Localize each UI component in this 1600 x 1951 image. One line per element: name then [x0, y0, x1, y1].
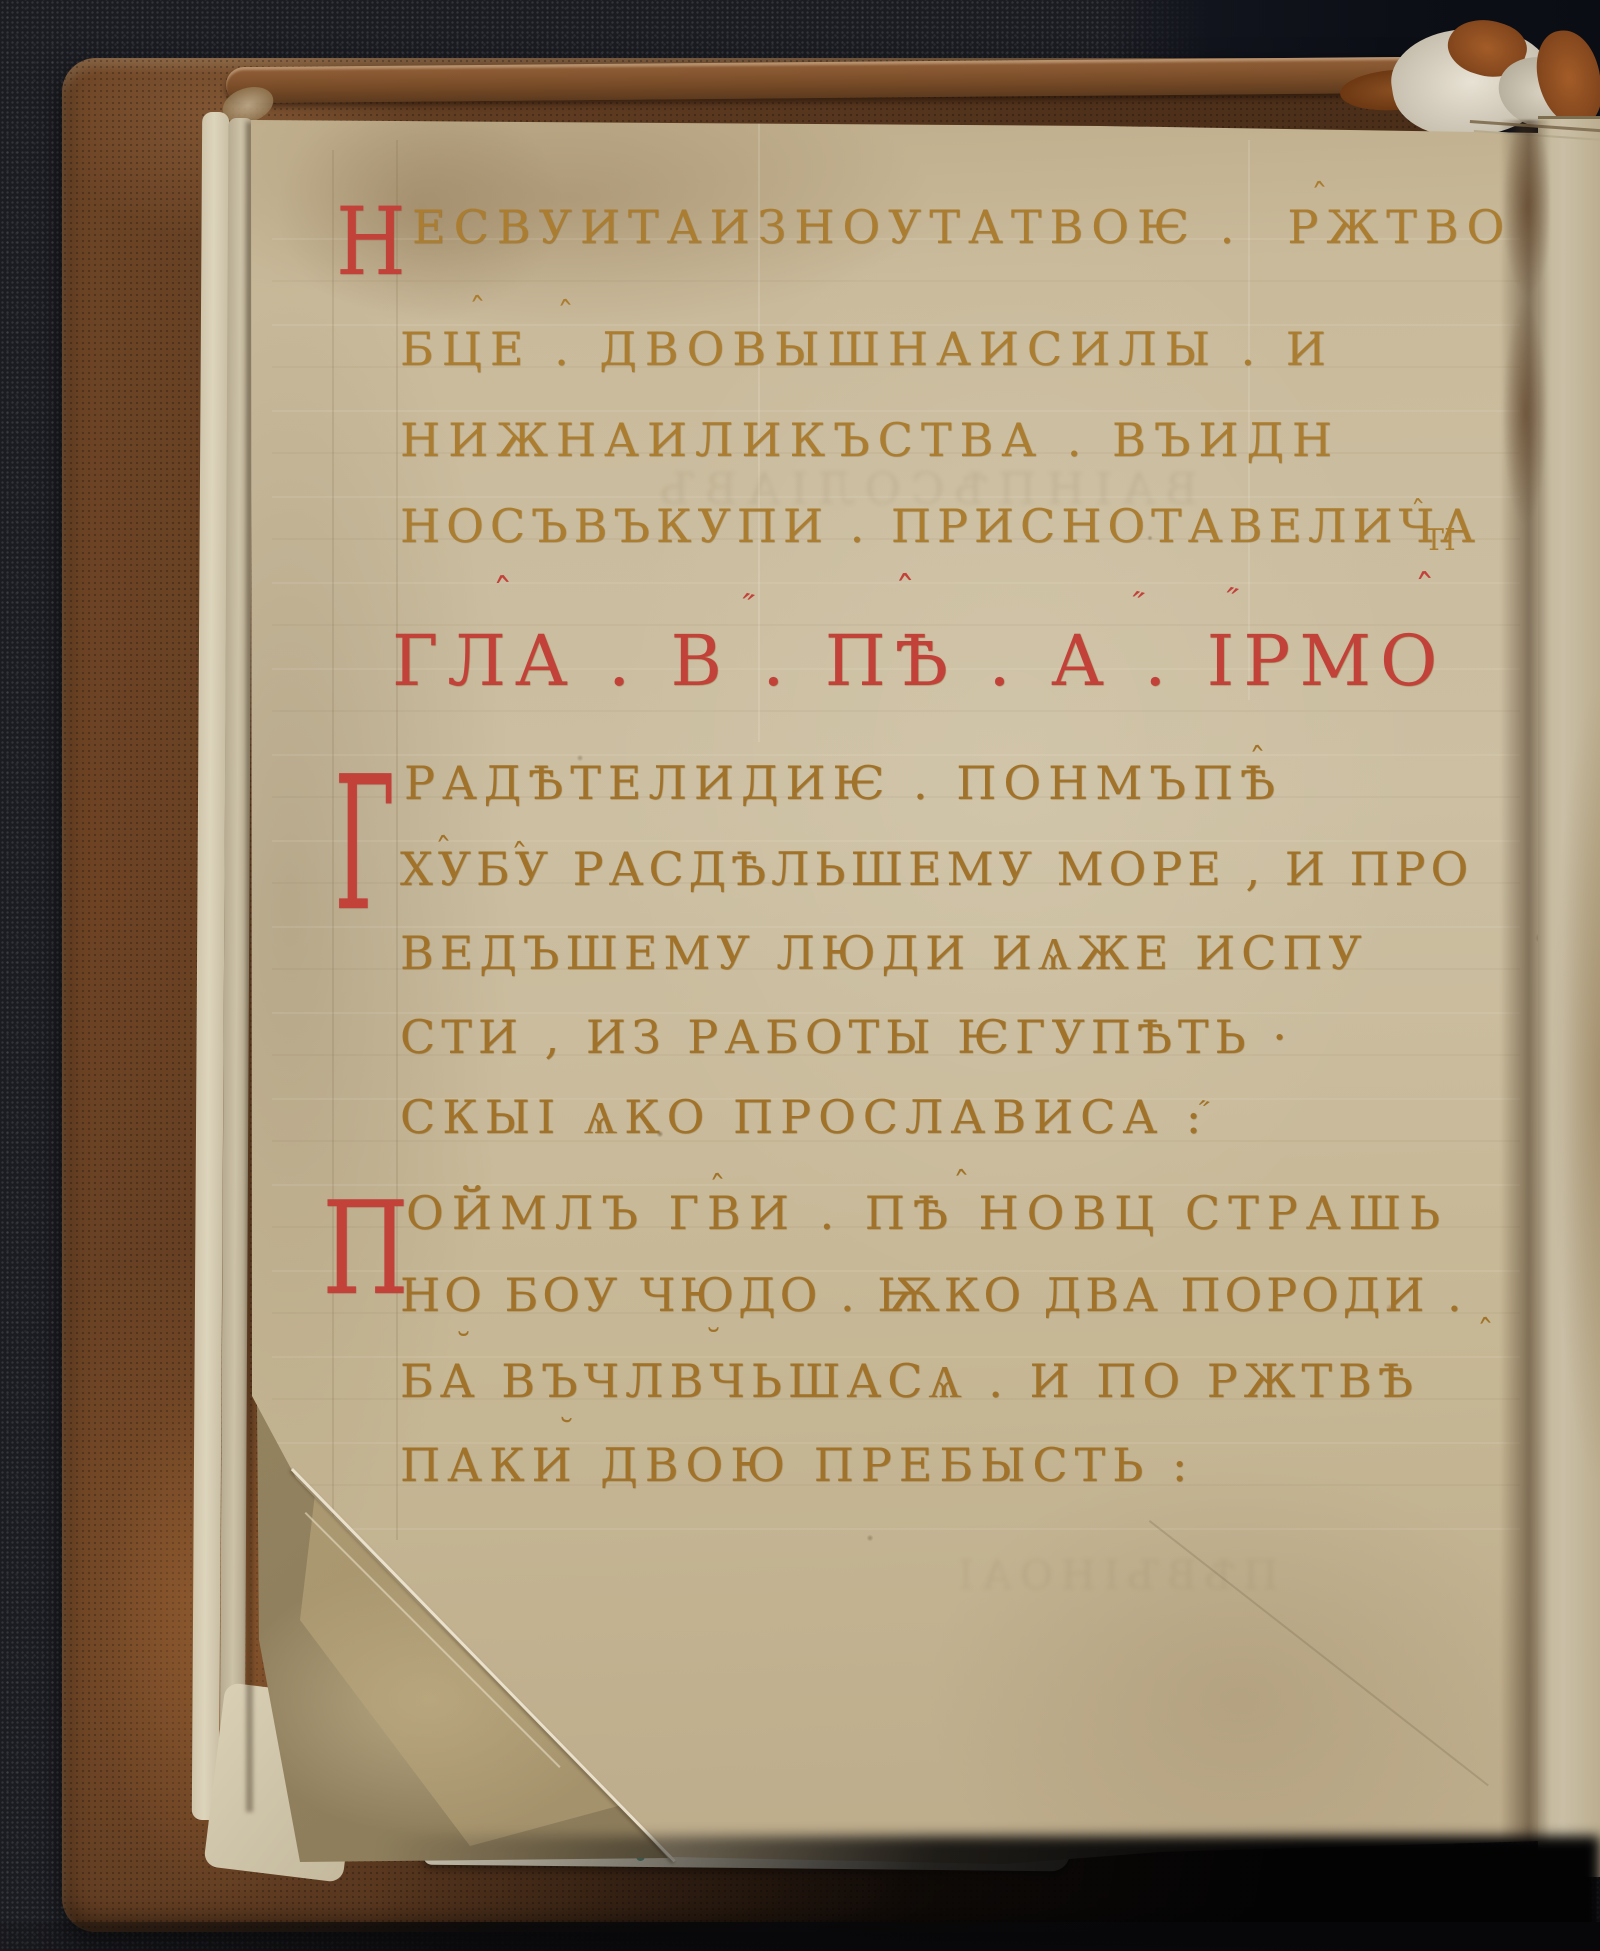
- diacritic-mark: ″: [1126, 587, 1147, 623]
- text-line-3: НИЖНАИЛИКЪСТВА . ВЪИДН: [400, 417, 1340, 463]
- text-line-8: СТИ , ИЗ РАБОТЫ ѤГУПѢТЬ ·: [400, 1014, 1293, 1060]
- diacritic-mark: ˆ: [708, 1171, 728, 1207]
- diacritic-mark: ˆ: [434, 833, 454, 869]
- ink-showthrough: ВАІНПѢСОЛІАВЪ: [650, 468, 1198, 512]
- text-line-9: СКЫІ ѦКО ПРОСЛАВИСА :: [400, 1094, 1208, 1140]
- manuscript-photo: НЕСВУИТАИЗНОУТАТВОѤ . РЖТВОБЦЕ . ДВОВЫШН…: [0, 0, 1600, 1951]
- diacritic-mark: ″: [1220, 583, 1241, 619]
- diacritic-mark: ˆ: [1310, 179, 1330, 215]
- diacritic-mark: ˆ: [1248, 743, 1268, 779]
- text-line-10: ОЙМЛЪ ГВИ . ПѢ НОВЦ СТРАШЬ: [406, 1190, 1448, 1236]
- text-line-12: БА ВЪЧЛВЧЬШАСѦ . И ПО РЖТВѢ: [400, 1358, 1419, 1404]
- diacritic-mark: ˆ: [510, 839, 530, 875]
- diacritic-mark: ˆ: [468, 293, 488, 329]
- diacritic-mark: ˆ: [1476, 1315, 1496, 1351]
- text-line-2: БЦЕ . ДВОВЫШНАИСИЛЫ . И: [400, 326, 1334, 372]
- initial-letter-П: П: [322, 1186, 409, 1314]
- diacritic-mark: ˆ: [556, 297, 576, 333]
- diacritic-mark: ˆ: [492, 573, 516, 615]
- text-line-11: НО БОУ ЧЮДО . ѬКО ДВА ПОРОДИ .: [400, 1272, 1466, 1318]
- heading-line: ГЛА . В . ПѢ . А . ІРМО: [392, 626, 1446, 696]
- diacritic-mark: ˘: [455, 1330, 472, 1364]
- diacritic-mark: ˆ: [895, 571, 918, 612]
- text-line-7: ВЕДЪШЕМУ ЛЮДИ ИѦЖЕ ИСПУ: [400, 930, 1368, 976]
- initial-letter-Г: Г: [334, 752, 395, 937]
- text-line-5: РАДѢТЕЛИДИѤ . ПОНМЪПѢ: [404, 760, 1282, 806]
- ink-showthrough: ПѢВЪІНОАІ: [950, 1556, 1278, 1596]
- diacritic-mark: ˆ: [1414, 569, 1438, 611]
- text-line-6: ХУБУ РАСДѢЛЬШЕМУ МОРЕ , И ПРО: [400, 846, 1473, 892]
- text-layer: НЕСВУИТАИЗНОУТАТВОѤ . РЖТВОБЦЕ . ДВОВЫШН…: [0, 0, 1600, 1951]
- diacritic-mark: ˘: [705, 1326, 722, 1360]
- text-line-13: ПАКИ ДВОЮ ПРЕБЫСТЬ :: [400, 1442, 1194, 1488]
- bottom-dark-strip: [0, 1922, 1600, 1951]
- superscript-letters: ТІ: [1424, 526, 1456, 556]
- text-line-1: ЕСВУИТАИЗНОУТАТВОѤ . РЖТВО: [412, 204, 1512, 250]
- diacritic-mark: ˆ: [952, 1167, 972, 1203]
- initial-letter-Н: Н: [336, 196, 406, 290]
